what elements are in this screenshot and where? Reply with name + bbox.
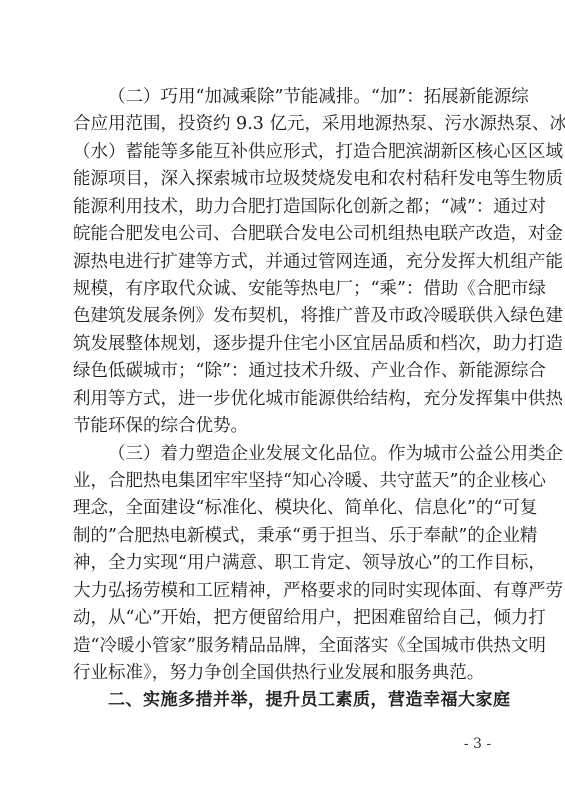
paragraph-line: 合应用范围，投资约 9.3 亿元，采用地源热泵、污水源热泵、冰 — [73, 111, 493, 138]
paragraph-line: 绿色低碳城市；“除”：通过技术升级、产业合作、新能源综合 — [73, 358, 493, 385]
document-page: （二）巧用“加减乘除”节能减排。“加”：拓展新能源综 合应用范围，投资约 9.3… — [0, 0, 565, 800]
paragraph-line: 节能环保的综合优势。 — [73, 413, 493, 440]
paragraph-line: （三）着力塑造企业发展文化品位。作为城市公益公用类企 — [108, 441, 493, 468]
paragraph-line: 皖能合肥发电公司、合肥联合发电公司机组热电联产改造，对金 — [73, 221, 493, 248]
paragraph-line: （二）巧用“加减乘除”节能减排。“加”：拓展新能源综 — [108, 84, 493, 111]
paragraph-line: 造“冷暖小管家”服务精品品牌，全面落实《全国城市供热文明 — [73, 633, 493, 660]
paragraph-line: 筑发展整体规划，逐步提升住宅小区宜居品质和档次，助力打造 — [73, 331, 493, 358]
paragraph-line: 源热电进行扩建等方式，并通过管网连通，充分发挥大机组产能 — [73, 249, 493, 276]
paragraph-line: 大力弘扬劳模和工匠精神，严格要求的同时实现体面、有尊严劳 — [73, 578, 493, 605]
paragraph-line: 理念，全面建设“标准化、模块化、简单化、信息化”的“可复 — [73, 495, 493, 522]
paragraph-line: 业，合肥热电集团牢牢坚持“知心冷暖、共守蓝天”的企业核心 — [73, 468, 493, 495]
paragraph-line: 规模，有序取代众诚、安能等热电厂；“乘”：借助《合肥市绿 — [73, 276, 493, 303]
paragraph-line: 色建筑发展条例》发布契机，将推广普及市政冷暖联供入绿色建 — [73, 303, 493, 330]
paragraph-line: 动，从“心”开始，把方便留给用户，把困难留给自己，倾力打 — [73, 605, 493, 632]
paragraph-line: 能源项目，深入探索城市垃圾焚烧发电和农村秸秆发电等生物质 — [73, 166, 493, 193]
paragraph-line: 制的”合肥热电新模式，秉承“勇于担当、乐于奉献”的企业精 — [73, 523, 493, 550]
page-number: - 3 - — [455, 734, 500, 754]
paragraph-line: 神，全力实现“用户满意、职工肯定、领导放心”的工作目标， — [73, 550, 493, 577]
paragraph-line: （水）蓄能等多能互补供应形式，打造合肥滨湖新区核心区区域 — [73, 139, 493, 166]
paragraph-line: 利用等方式，进一步优化城市能源供给结构，充分发挥集中供热 — [73, 386, 493, 413]
section-heading: 二、实施多措并举，提升员工素质，营造幸福大家庭 — [108, 687, 448, 714]
paragraph-line: 能源利用技术，助力合肥打造国际化创新之都；“减”：通过对 — [73, 194, 493, 221]
paragraph-line: 行业标准》，努力争创全国供热行业发展和服务典范。 — [73, 660, 493, 687]
